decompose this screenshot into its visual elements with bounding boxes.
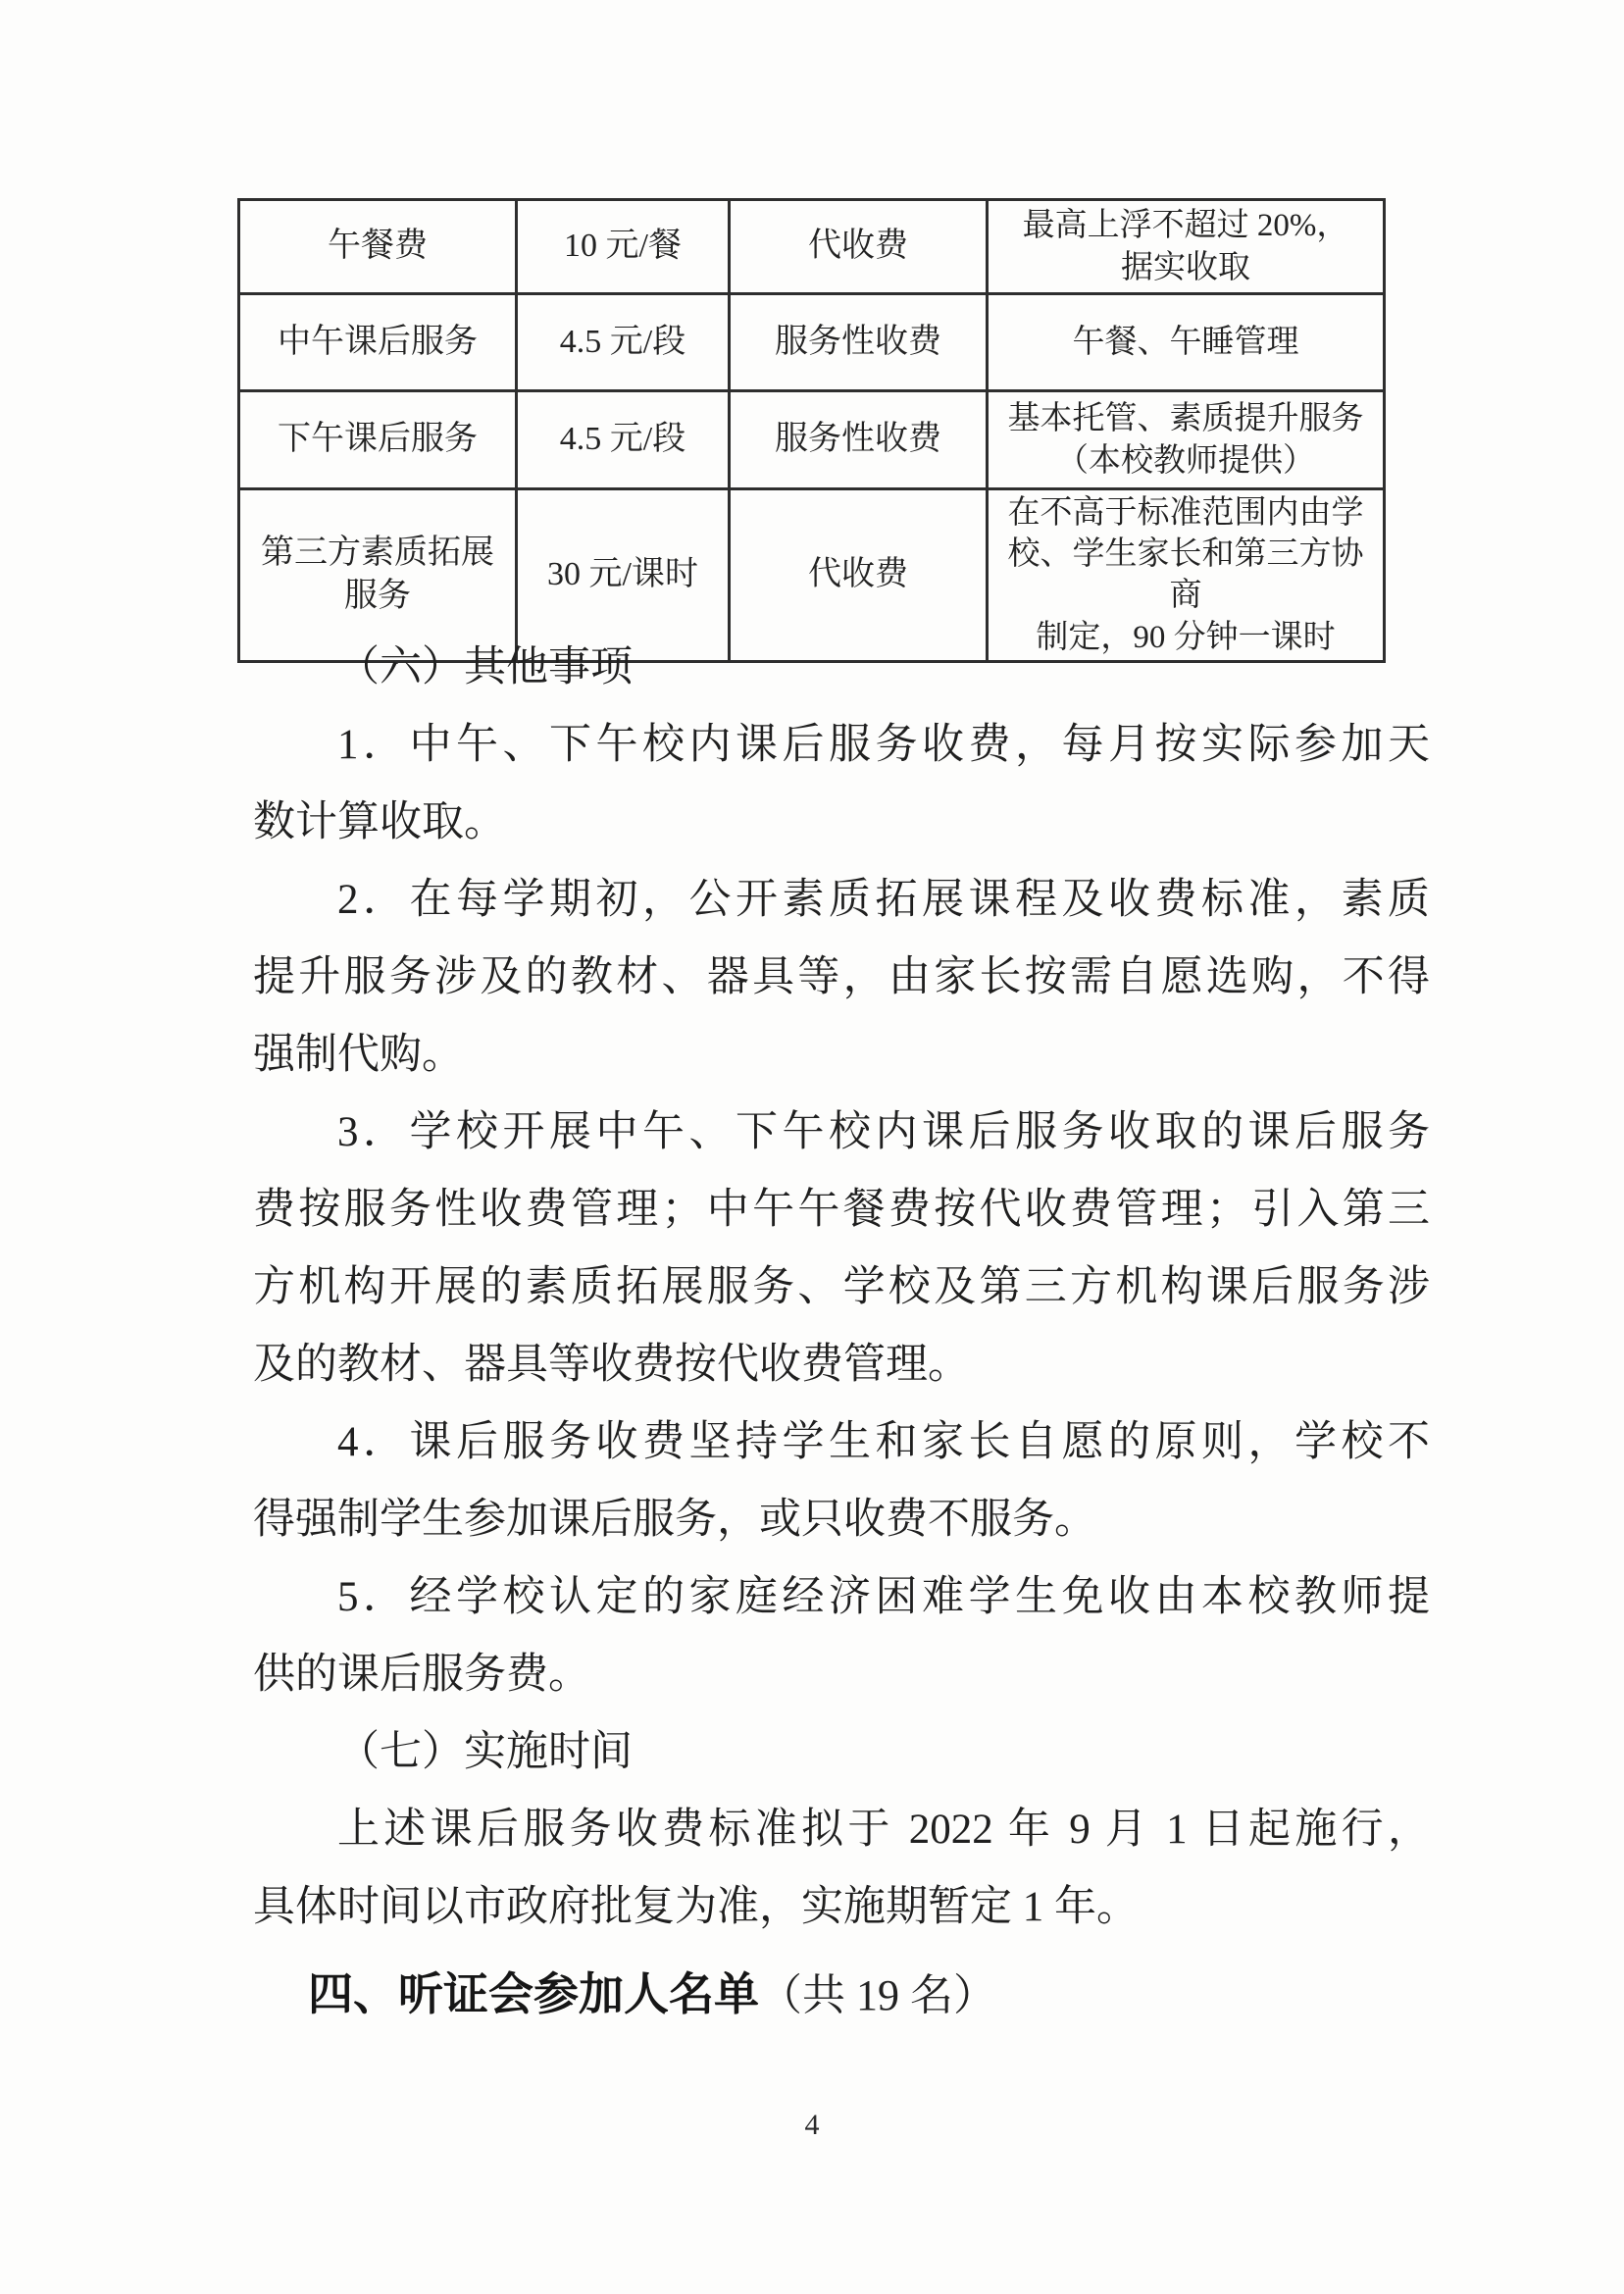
fee-table: 午餐费 10 元/餐 代收费 最高上浮不超过 20%， 据实收取 中午课后服务 …: [237, 198, 1386, 663]
text-line: 2．在每学期初，公开素质拓展课程及收费标准，素质: [253, 861, 1430, 939]
cell-note: 最高上浮不超过 20%， 据实收取: [988, 200, 1385, 294]
text-line: 供的课后服务费。: [253, 1636, 1430, 1713]
table-row: 中午课后服务 4.5 元/段 服务性收费 午餐、午睡管理: [239, 294, 1385, 391]
body-text: （六）其他事项 1．中午、下午校内课后服务收费，每月按实际参加天 数计算收取。 …: [253, 629, 1430, 2033]
cell-fee-type: 代收费: [730, 200, 988, 294]
text-line: 具体时间以市政府批复为准，实施期暂定 1 年。: [253, 1868, 1430, 1946]
text-line: 3．学校开展中午、下午校内课后服务收取的课后服务: [253, 1094, 1430, 1171]
text-line: 数计算收取。: [253, 784, 1430, 861]
section-heading-7: （七）实施时间: [253, 1713, 1430, 1791]
cell-price: 4.5 元/段: [517, 294, 730, 391]
cell-fee-type: 服务性收费: [730, 391, 988, 489]
cell-fee-type: 服务性收费: [730, 294, 988, 391]
text-line: 1．中午、下午校内课后服务收费，每月按实际参加天: [253, 706, 1430, 784]
text-line: 提升服务涉及的教材、器具等，由家长按需自愿选购，不得: [253, 939, 1430, 1016]
text-line: 方机构开展的素质拓展服务、学校及第三方机构课后服务涉: [253, 1249, 1430, 1326]
text-line: 费按服务性收费管理；中午午餐费按代收费管理；引入第三: [253, 1171, 1430, 1249]
table-row: 午餐费 10 元/餐 代收费 最高上浮不超过 20%， 据实收取: [239, 200, 1385, 294]
cell-price: 10 元/餐: [517, 200, 730, 294]
cell-note: 午餐、午睡管理: [988, 294, 1385, 391]
section-heading-6: （六）其他事项: [253, 629, 1430, 706]
text-line: 上述课后服务收费标准拟于 2022 年 9 月 1 日起施行，: [253, 1791, 1430, 1868]
heading-normal-text: （共 19 名）: [759, 1971, 996, 2019]
table-row: 下午课后服务 4.5 元/段 服务性收费 基本托管、素质提升服务 （本校教师提供…: [239, 391, 1385, 489]
page-number: 4: [0, 2109, 1624, 2142]
heading-bold-text: 四、听证会参加人名单: [308, 1968, 759, 2019]
text-line: 强制代购。: [253, 1016, 1430, 1094]
cell-price: 4.5 元/段: [517, 391, 730, 489]
text-line: 4．课后服务收费坚持学生和家长自愿的原则，学校不: [253, 1403, 1430, 1481]
cell-item: 午餐费: [239, 200, 517, 294]
section-heading-4: 四、听证会参加人名单（共 19 名）: [253, 1956, 1430, 2033]
cell-note: 基本托管、素质提升服务 （本校教师提供）: [988, 391, 1385, 489]
text-line: 5．经学校认定的家庭经济困难学生免收由本校教师提: [253, 1558, 1430, 1636]
cell-item: 下午课后服务: [239, 391, 517, 489]
document-page: 午餐费 10 元/餐 代收费 最高上浮不超过 20%， 据实收取 中午课后服务 …: [0, 0, 1624, 2294]
text-line: 及的教材、器具等收费按代收费管理。: [253, 1326, 1430, 1403]
text-line: 得强制学生参加课后服务，或只收费不服务。: [253, 1481, 1430, 1558]
cell-item: 中午课后服务: [239, 294, 517, 391]
